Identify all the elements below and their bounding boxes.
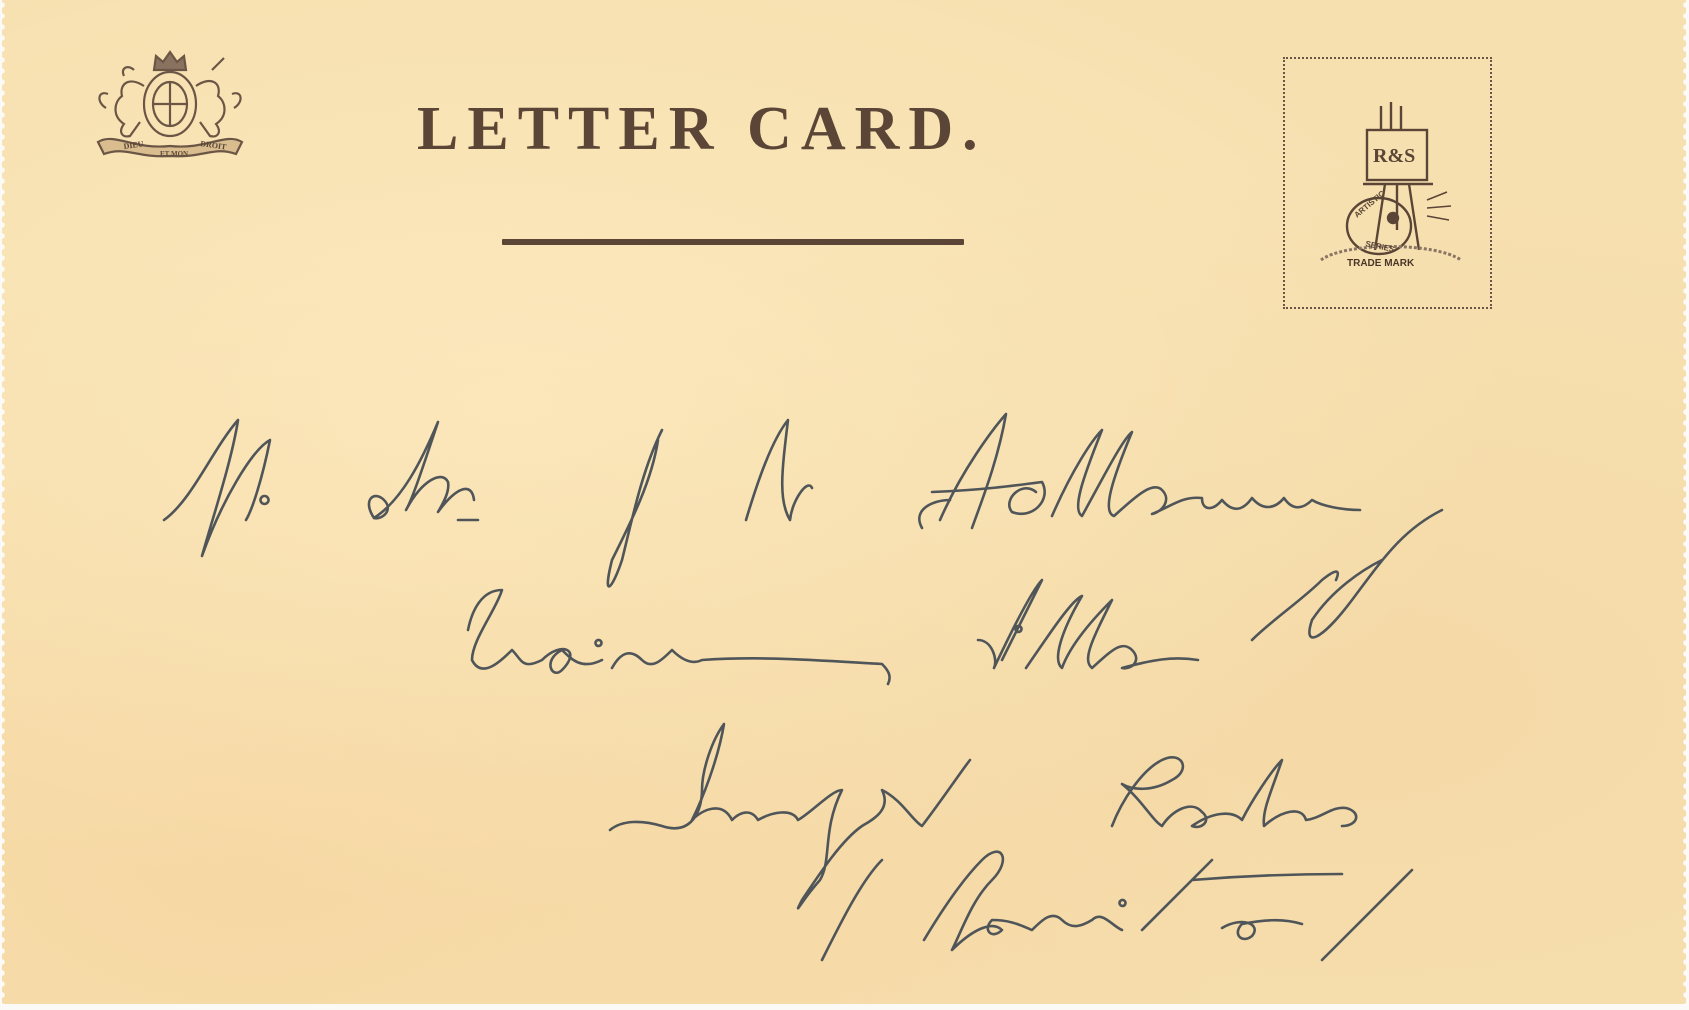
artist-easel-palette-icon: R&S ARTISTIC SERIES TRADE MARK [1315, 100, 1465, 270]
handwriting-line-4 [924, 852, 1412, 960]
handwriting-line-1 [164, 420, 270, 556]
handwriting-line-3 [610, 724, 970, 908]
trademark-caption: TRADE MARK [1347, 258, 1415, 269]
royal-coat-of-arms-icon: DIEU ET MON DROIT [84, 46, 256, 162]
title-underline-divider [502, 239, 964, 245]
perforated-edge-left [2, 0, 6, 1004]
svg-text:ET MON: ET MON [160, 150, 188, 158]
trademark-monogram: R&S [1373, 145, 1415, 167]
page-title: LETTER CARD. [417, 98, 987, 160]
letter-card: DIEU ET MON DROIT LETTER CARD. R&S ARTIS… [2, 0, 1686, 1004]
perforated-edge-right [1682, 0, 1686, 1004]
handwriting-line-2 [468, 590, 890, 684]
